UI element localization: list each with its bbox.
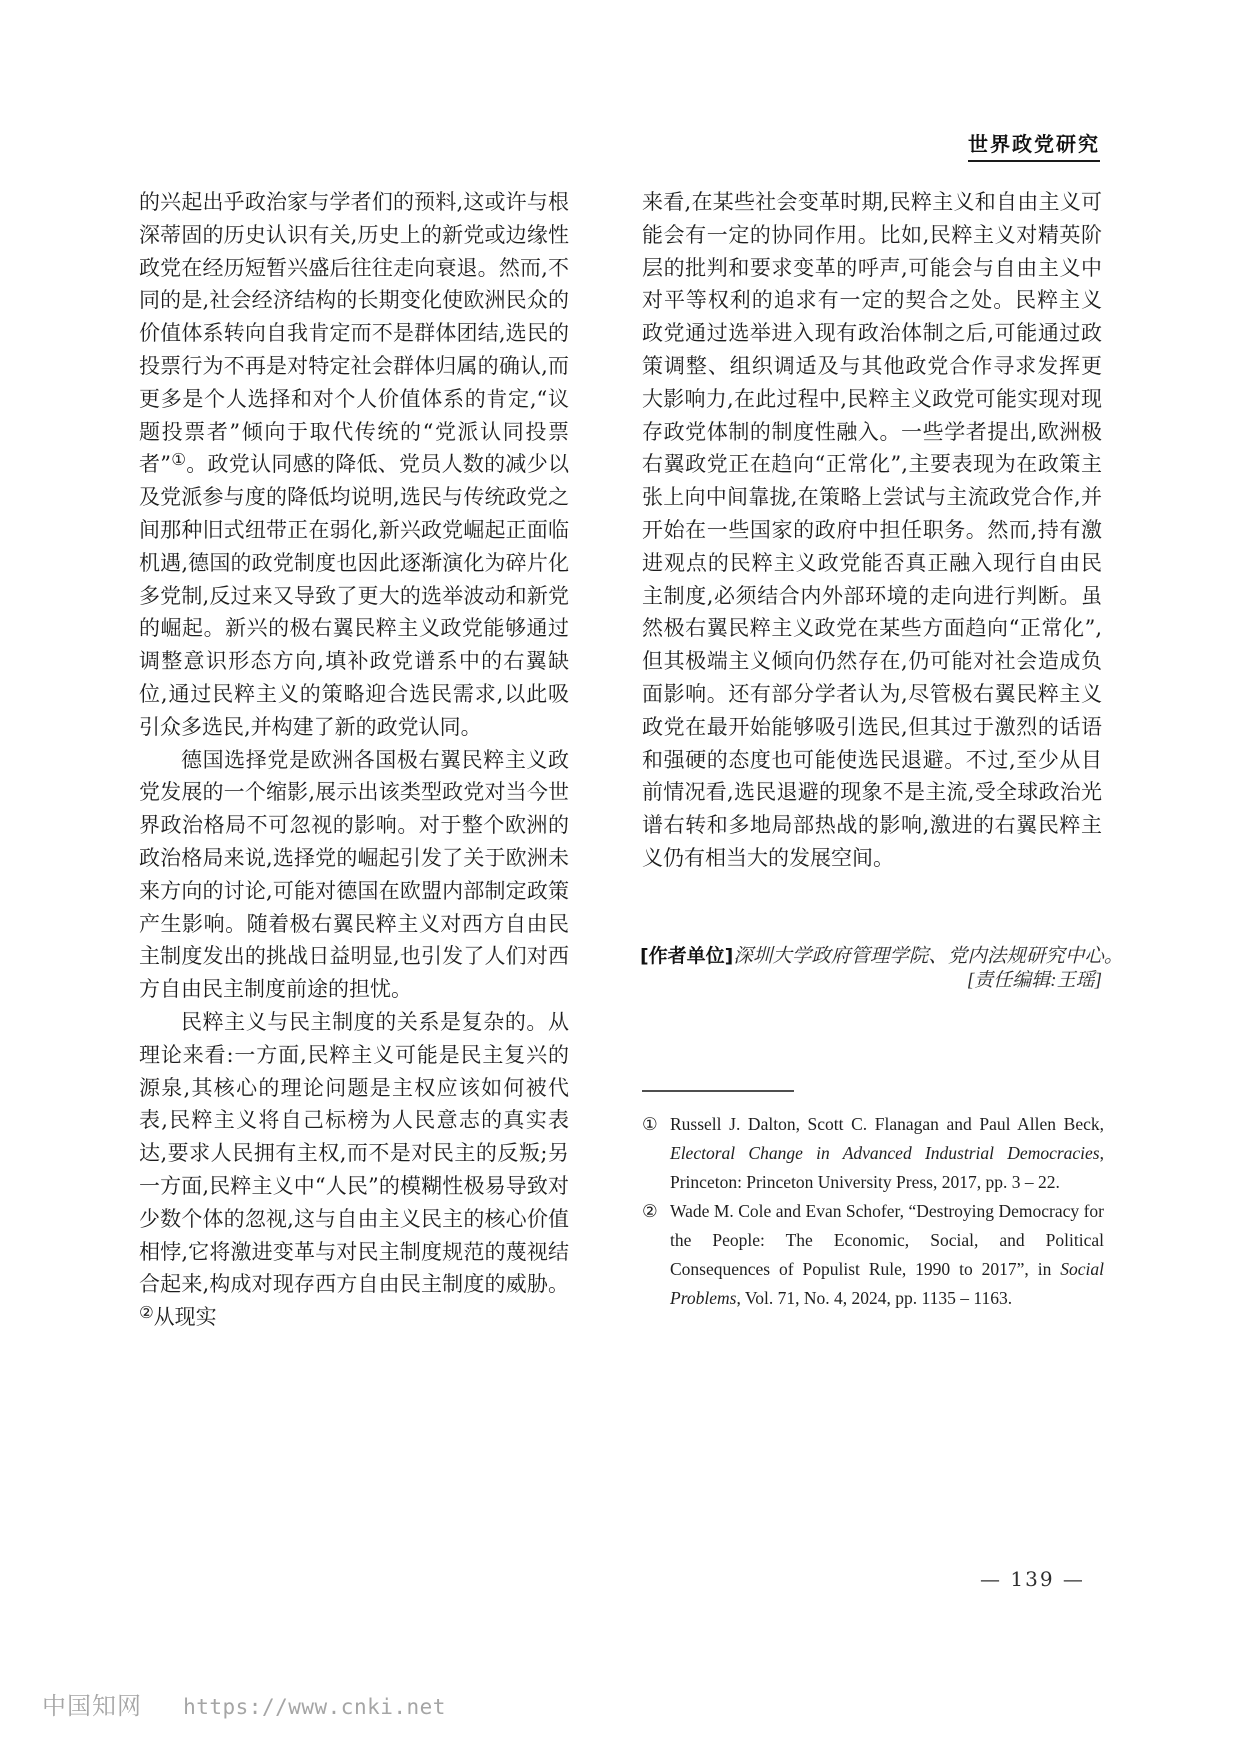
author-affiliation-text: 深圳大学政府管理学院、党内法规研究中心。: [733, 946, 1123, 967]
responsible-editor-line: [责任编辑:王瑶]: [640, 966, 1102, 996]
right-text-column: 来看,在某些社会变革时期,民粹主义和自由主义可能会有一定的协同作用。比如,民粹主…: [642, 186, 1102, 875]
paragraph: 民粹主义与民主制度的关系是复杂的。从理论来看:一方面,民粹主义可能是民主复兴的源…: [139, 1006, 569, 1334]
footnote-number: ②: [642, 1197, 670, 1226]
footnote-separator-rule: [642, 1090, 794, 1092]
footnote-item: ②Wade M. Cole and Evan Schofer, “Destroy…: [642, 1197, 1104, 1313]
author-affiliation-label: [作者单位]: [640, 945, 733, 967]
journal-page: 世界政党研究 的兴起出乎政治家与学者们的预料,这或许与根深蒂固的历史认识有关,历…: [0, 0, 1241, 1754]
footnote-number: ①: [642, 1110, 670, 1139]
left-text-column: 的兴起出乎政治家与学者们的预料,这或许与根深蒂固的历史认识有关,历史上的新党或边…: [139, 186, 569, 1334]
running-head-title: 世界政党研究: [968, 133, 1100, 162]
paragraph: 来看,在某些社会变革时期,民粹主义和自由主义可能会有一定的协同作用。比如,民粹主…: [642, 186, 1102, 875]
footnote-item: ①Russell J. Dalton, Scott C. Flanagan an…: [642, 1110, 1104, 1197]
footnote-text: , Vol. 71, No. 4, 2024, pp. 1135 – 1163.: [736, 1288, 1012, 1308]
footnote-text: Wade M. Cole and Evan Schofer, “Destroyi…: [670, 1201, 1104, 1279]
paragraph: 德国选择党是欧洲各国极右翼民粹主义政党发展的一个缩影,展示出该类型政党对当今世界…: [139, 744, 569, 1006]
footnote-reference-marker: ②: [139, 1303, 154, 1322]
footnote-title-italic: Electoral Change in Advanced Industrial …: [670, 1143, 1100, 1163]
page-footer: 中国知网 https://www.cnki.net: [42, 1686, 446, 1721]
cnki-brand-label: 中国知网: [42, 1692, 142, 1720]
footnote-reference-marker: ①: [171, 450, 186, 469]
paragraph: 的兴起出乎政治家与学者们的预料,这或许与根深蒂固的历史认识有关,历史上的新党或边…: [139, 186, 569, 744]
footnote-text: Russell J. Dalton, Scott C. Flanagan and…: [670, 1114, 1104, 1134]
page-number: — 139 —: [950, 1567, 1115, 1591]
footnotes-block: ①Russell J. Dalton, Scott C. Flanagan an…: [642, 1110, 1104, 1313]
cnki-url: https://www.cnki.net: [183, 1695, 446, 1719]
